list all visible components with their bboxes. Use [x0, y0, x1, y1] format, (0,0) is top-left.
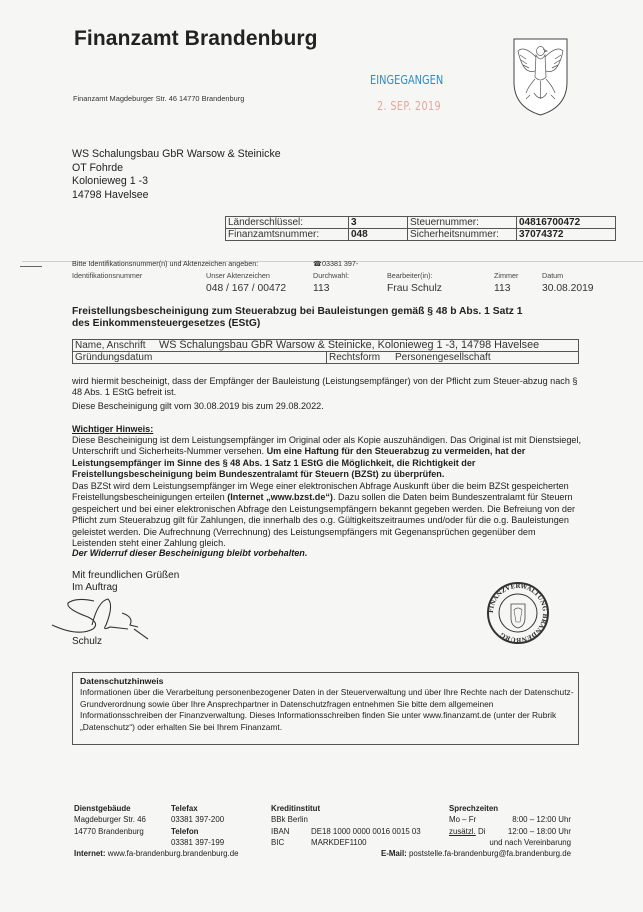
- security-number-label: Sicherheitsnummer:: [408, 229, 517, 241]
- document-title-line: Freistellungsbescheinigung zum Steuerabz…: [72, 306, 592, 318]
- phone-label: Telefon: [171, 827, 198, 836]
- recipient-line: OT Fohrde: [72, 162, 281, 176]
- name-label: Name, Anschrift: [73, 340, 158, 352]
- date-label: Datum: [542, 271, 563, 280]
- iban-label: IBAN: [271, 826, 311, 837]
- security-number-value: 37074372: [517, 229, 616, 241]
- greeting: Mit freundlichen Grüßen: [72, 570, 179, 582]
- country-key-label: Länderschlüssel:: [226, 217, 349, 229]
- privacy-text: Informationen über die Verarbeitung pers…: [80, 687, 575, 733]
- bic-label: BIC: [271, 837, 311, 848]
- phone-prefix: ☎03381 397-: [313, 259, 358, 268]
- recipient-line: Kolonieweg 1 -3: [72, 175, 281, 189]
- hours-time: 12:00 – 18:00 Uhr: [508, 826, 571, 837]
- sender-line: Finanzamt Magdeburger Str. 46 14770 Bran…: [73, 94, 244, 103]
- founding-value: [157, 352, 327, 364]
- hint-paragraph-1: Diese Bescheinigung ist dem Leistungsemp…: [72, 435, 582, 481]
- building-label: Dienstgebäude: [74, 804, 131, 813]
- extension-label: Durchwahl:: [313, 271, 349, 280]
- footer-hours: Sprechzeiten Mo – Fr8:00 – 12:00 Uhr zus…: [449, 803, 571, 848]
- company-table: Name, Anschrift WS Schalungsbau GbR Wars…: [72, 339, 579, 364]
- hours-extra-label: zusätzl.: [449, 827, 476, 836]
- hours-days: Mo – Fr: [449, 814, 476, 825]
- date-value: 30.08.2019: [542, 283, 594, 294]
- hint-title: Wichtiger Hinweis:: [72, 424, 153, 434]
- phone-value: 03381 397-199: [171, 837, 224, 848]
- email-link[interactable]: poststelle.fa-brandenburg@fa.brandenburg…: [407, 849, 571, 858]
- office-number-value: 048: [349, 229, 408, 241]
- brandenburg-eagle-crest-icon: [512, 37, 569, 117]
- received-stamp: EINGEGANGEN: [370, 73, 443, 87]
- clerk-value: Frau Schulz: [387, 283, 442, 294]
- internet-label: Internet:: [74, 849, 106, 858]
- office-name: Finanzamt Brandenburg: [74, 27, 318, 51]
- building-city: 14770 Brandenburg: [74, 826, 146, 837]
- bank-name: BBk Berlin: [271, 814, 451, 825]
- id-number-label: Identifikationsnummer: [72, 271, 142, 280]
- hours-note: und nach Vereinbarung: [449, 837, 571, 848]
- on-behalf: Im Auftrag: [72, 582, 179, 594]
- office-number-label: Finanzamtsnummer:: [226, 229, 349, 241]
- building-street: Magdeburger Str. 46: [74, 814, 146, 825]
- official-seal-icon: FINANZVERWALTUNG BRANDENBURG: [485, 580, 551, 646]
- footer-internet: Internet: www.fa-brandenburg.brandenburg…: [74, 848, 239, 859]
- received-date-stamp: 2. SEP. 2019: [377, 99, 441, 113]
- document-title: Freistellungsbescheinigung zum Steuerabz…: [72, 306, 592, 331]
- clerk-label: Bearbeiter(in):: [387, 271, 433, 280]
- file-ref-value: 048 / 167 / 00472: [206, 283, 286, 294]
- closing: Mit freundlichen Grüßen Im Auftrag: [72, 570, 179, 595]
- hours-days: Di: [476, 827, 486, 836]
- footer-contact: Telefax 03381 397-200 Telefon 03381 397-…: [171, 803, 224, 848]
- internet-link[interactable]: www.fa-brandenburg.brandenburg.de: [106, 849, 239, 858]
- tax-number-label: Steuernummer:: [408, 217, 517, 229]
- certification-text: wird hiermit bescheinigt, dass der Empfä…: [72, 376, 582, 399]
- footer-building: Dienstgebäude Magdeburger Str. 46 14770 …: [74, 803, 146, 837]
- validity-text: Diese Bescheinigung gilt vom 30.08.2019 …: [72, 401, 582, 412]
- tax-number-value: 04816700472: [517, 217, 616, 229]
- room-value: 113: [494, 283, 510, 294]
- table-row: Länderschlüssel: 3 Steuernummer: 0481670…: [226, 217, 616, 229]
- footer-email: E-Mail: poststelle.fa-brandenburg@fa.bra…: [330, 848, 571, 859]
- bic-value: MARKDEF1100: [311, 838, 367, 847]
- revocation-note: Der Widerruf dieser Bescheinigung bleibt…: [72, 548, 307, 558]
- reference-instruction: Bitte Identifikationsnummer(n) und Akten…: [72, 259, 258, 268]
- hours-time: 8:00 – 12:00 Uhr: [512, 814, 571, 825]
- table-row: Name, Anschrift WS Schalungsbau GbR Wars…: [73, 340, 579, 352]
- name-value: WS Schalungsbau GbR Warsow & Steinicke, …: [157, 340, 579, 352]
- recipient-address: WS Schalungsbau GbR Warsow & Steinicke O…: [72, 148, 281, 202]
- iban-value: DE18 1000 0000 0016 0015 03: [311, 827, 421, 836]
- recipient-line: WS Schalungsbau GbR Warsow & Steinicke: [72, 148, 281, 162]
- hint-paragraph-2: Das BZSt wird dem Leistungsempfänger im …: [72, 481, 582, 549]
- table-row: Finanzamtsnummer: 048 Sicherheitsnummer:…: [226, 229, 616, 241]
- signature-icon: [48, 595, 168, 645]
- legal-form-value: Personengesellschaft: [393, 352, 579, 364]
- fax-label: Telefax: [171, 804, 198, 813]
- signer-name: Schulz: [72, 636, 102, 647]
- email-label: E-Mail:: [381, 849, 407, 858]
- room-label: Zimmer: [494, 271, 518, 280]
- legal-form-label: Rechtsform: [327, 352, 394, 364]
- bzst-link[interactable]: (Internet „www.bzst.de“): [227, 492, 333, 502]
- table-row: Gründungsdatum Rechtsform Personengesell…: [73, 352, 579, 364]
- document-title-line: des Einkommensteuergesetzes (EStG): [72, 318, 592, 330]
- footer-bank: Kreditinstitut BBk Berlin IBANDE18 1000 …: [271, 803, 451, 848]
- hours-label: Sprechzeiten: [449, 804, 498, 813]
- tax-id-table: Länderschlüssel: 3 Steuernummer: 0481670…: [225, 216, 616, 241]
- fax-value: 03381 397-200: [171, 814, 224, 825]
- founding-label: Gründungsdatum: [73, 352, 158, 364]
- fold-mark: [20, 266, 42, 267]
- privacy-title: Datenschutzhinweis: [80, 676, 164, 686]
- country-key-value: 3: [349, 217, 408, 229]
- bank-label: Kreditinstitut: [271, 804, 320, 813]
- extension-value: 113: [313, 283, 329, 294]
- file-ref-label: Unser Aktenzeichen: [206, 271, 270, 280]
- recipient-line: 14798 Havelsee: [72, 189, 281, 203]
